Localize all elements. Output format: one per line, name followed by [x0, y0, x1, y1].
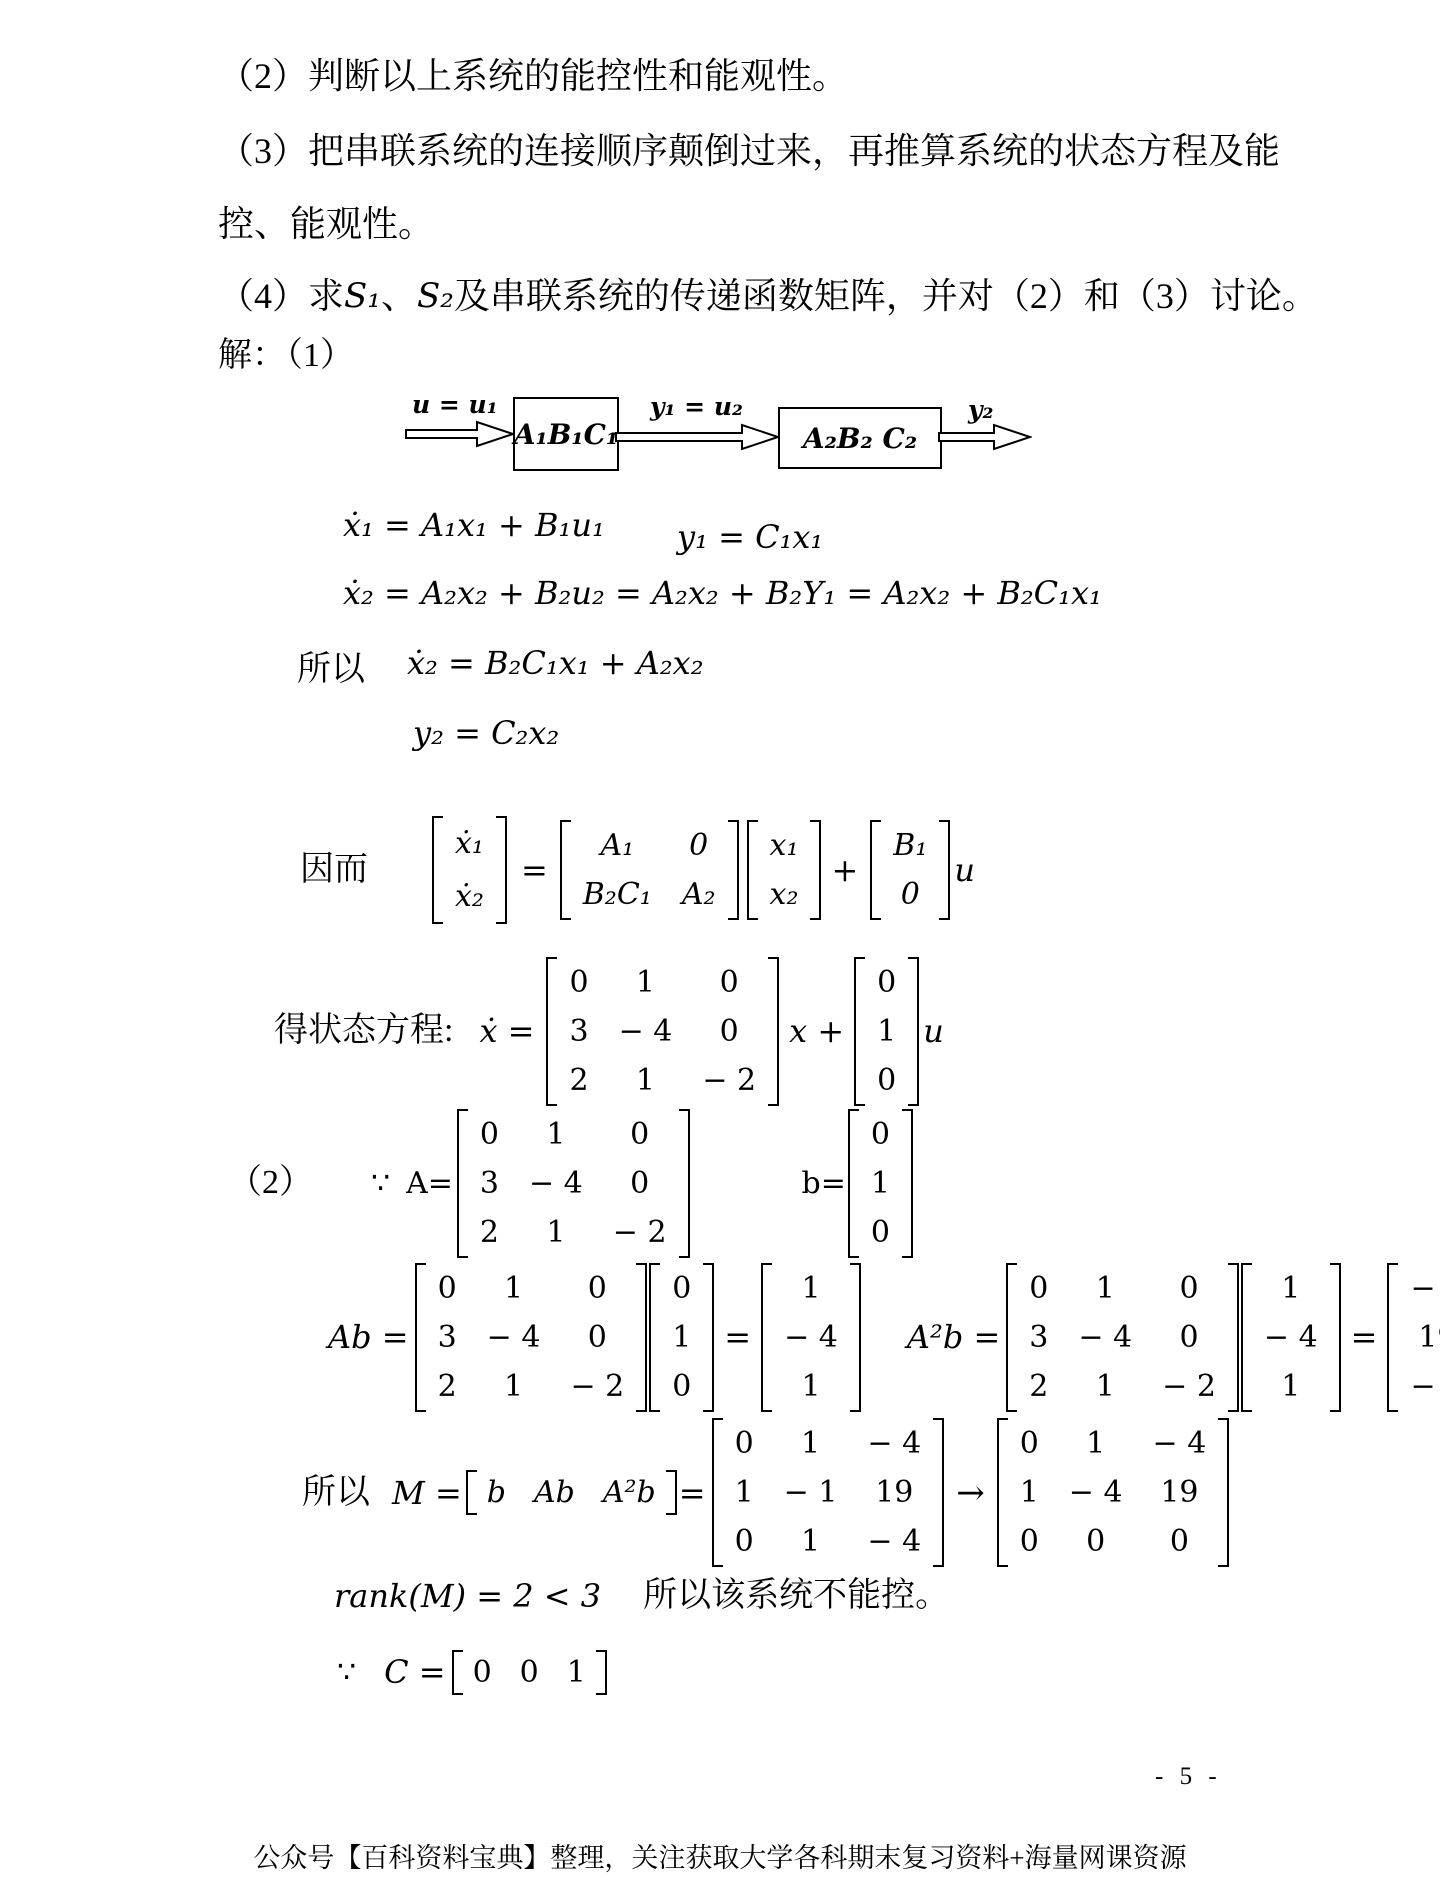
matrix-cell: 0 [520, 1655, 539, 1690]
matrix-cell: 1 [546, 1117, 565, 1152]
matrix-cell: 1 [504, 1271, 523, 1306]
bracket-right [933, 1418, 944, 1567]
bracket-left [649, 1263, 660, 1412]
matrix-cell: 0 [1170, 1524, 1189, 1559]
matrix-cell: − 4 [1078, 1320, 1132, 1355]
problem-item-4: （4）求 S₁ 、 S₂ 及串联系统的传递函数矩阵，并对（2）和（3）讨论。 [218, 276, 1318, 317]
matrix-cell: 1 [871, 1166, 890, 1201]
diagram-label-y1: y₁ = u₂ [650, 392, 743, 421]
matrix-cell: 1 [801, 1271, 820, 1306]
A-matrix: 0103− 4021− 2 [1006, 1263, 1239, 1412]
equals-sign: = [724, 1318, 751, 1356]
bracket-left [560, 820, 571, 920]
matrix-cell: 0 [720, 965, 739, 1000]
b-equals-label: b= [802, 1166, 846, 1201]
matrix-cell: 0 [1179, 1320, 1198, 1355]
system-matrix: A₁0B₂C₁A₂ [560, 820, 739, 920]
matrix-cells: B₁0 [881, 820, 939, 920]
matrix-cell: − 4 [867, 1426, 921, 1461]
system-block-2: A₂B₂ C₂ [778, 407, 942, 469]
matrix-cell: 1 [672, 1320, 691, 1355]
item-4-separator: 、 [381, 276, 417, 317]
equation-x2dot-simplified: ẋ₂ = B₂C₁x₁ + A₂x₂ [407, 644, 704, 682]
not-controllable-note: 所以该系统不能控。 [643, 1576, 949, 1615]
matrix-cell: 1 [1086, 1426, 1105, 1461]
item-4-suffix: 及串联系统的传递函数矩阵，并对（2）和（3）讨论。 [454, 276, 1318, 317]
flow-arrow-icon [405, 420, 515, 448]
controllability-matrix-row: 所以 M = bAbA²b = 01− 41− 11901− 4 → 01− 4… [302, 1415, 1229, 1570]
bracket-right [636, 1263, 647, 1412]
M-columns-matrix: bAbA²b [466, 1470, 677, 1515]
matrix-cells: 01− 41− 419000 [1008, 1418, 1219, 1567]
A-equals-label: A= [406, 1166, 453, 1201]
matrix-cells: A₁0B₂C₁A₂ [571, 820, 728, 920]
matrix-cell: 0 [871, 1215, 890, 1250]
matrix-cell: 1 [1281, 1369, 1300, 1404]
matrix-cell: b [487, 1475, 506, 1510]
bracket-left [466, 1470, 477, 1515]
Ab-equals: Ab = [328, 1318, 409, 1356]
matrix-cell: 1 [1020, 1475, 1039, 1510]
matrix-cells: 1− 41 [772, 1263, 850, 1412]
matrix-cell: − 2 [1162, 1369, 1216, 1404]
b-vector: 010 [649, 1263, 714, 1412]
matrix-cells: − 419− 4 [1398, 1263, 1440, 1412]
matrix-cell: 1 [1281, 1271, 1300, 1306]
b-vector: 010 [854, 957, 919, 1106]
C-equals: C = [384, 1653, 445, 1691]
matrix-cells: 0103− 4021− 2 [426, 1263, 637, 1412]
equation-y2: y₂ = C₂x₂ [413, 714, 559, 752]
matrix-cell: 0 [1086, 1524, 1105, 1559]
matrix-cell: 1 [877, 1014, 896, 1049]
symbol-s2: S₂ [417, 277, 454, 316]
matrix-cell: − 4 [867, 1524, 921, 1559]
b-vector: 010 [848, 1109, 913, 1258]
matrix-cell: 0 [630, 1117, 649, 1152]
bracket-right [908, 957, 919, 1106]
thus-label: 因而 [300, 850, 368, 889]
bracket-left [432, 816, 443, 924]
bracket-right [1218, 1418, 1229, 1567]
matrix-cell: 0 [720, 1014, 739, 1049]
matrix-cell: − 4 [784, 1320, 838, 1355]
matrix-cell: 0 [901, 877, 920, 912]
arrow-shape [939, 425, 1030, 449]
equals-sign: = [1351, 1318, 1378, 1356]
matrix-cell: − 4 [529, 1166, 583, 1201]
bracket-left [747, 820, 758, 920]
bracket-left [452, 1650, 463, 1695]
rank-equation: rank(M) = 2 < 3 [334, 1577, 601, 1615]
system-block-1: A₁B₁C₁ [513, 397, 619, 471]
matrix-cell: 0 [438, 1271, 457, 1306]
arrow-shape [616, 425, 778, 449]
input-symbol: u [954, 851, 975, 889]
bracket-right [1228, 1263, 1239, 1412]
matrix-cell: A₁ [600, 828, 634, 863]
matrix-cell: 1 [801, 1524, 820, 1559]
bracket-right [703, 1263, 714, 1412]
matrix-cells: 010 [865, 957, 908, 1106]
bracket-right [679, 1109, 690, 1258]
matrix-cell: 0 [480, 1117, 499, 1152]
matrix-cell: 2 [569, 1063, 588, 1098]
matrix-cell: 0 [1020, 1524, 1039, 1559]
A-matrix: 0103− 4021− 2 [546, 957, 779, 1106]
flow-arrow-icon [615, 423, 780, 451]
matrix-cell: 0 [735, 1426, 754, 1461]
matrix-cell: 1 [567, 1655, 586, 1690]
matrix-cell: − 4 [1410, 1369, 1440, 1404]
bracket-left [1387, 1263, 1398, 1412]
item-4-prefix: （4）求 [218, 276, 344, 317]
bracket-left [415, 1263, 426, 1412]
matrix-cell: − 2 [570, 1369, 624, 1404]
matrix-cells: bAbA²b [477, 1470, 666, 1515]
M-matrix: 01− 41− 11901− 4 [712, 1418, 945, 1567]
arrow-shape [406, 422, 513, 446]
equals-sign: = [679, 1474, 706, 1512]
footer-note: 公众号【百科资料宝典】整理，关注获取大学各科期末复习资料+海量网课资源 [0, 1836, 1440, 1875]
flow-arrow-icon [938, 423, 1032, 451]
therefore-label-2: 所以 [302, 1473, 370, 1512]
bracket-left [848, 1109, 859, 1258]
equation-x2dot: ẋ₂ = A₂x₂ + B₂u₂ = A₂x₂ + B₂Y₁ = A₂x₂ + … [343, 574, 1102, 612]
matrix-cells: 0103− 4021− 2 [468, 1109, 679, 1258]
matrix-cell: 0 [877, 1063, 896, 1098]
bracket-right [666, 1470, 677, 1515]
matrix-cell: 1 [1096, 1271, 1115, 1306]
bracket-right [850, 1263, 861, 1412]
plus-sign: + [831, 851, 858, 889]
equation-x1dot: ẋ₁ = A₁x₁ + B₁u₁ [343, 506, 605, 544]
matrix-cells: x₁x₂ [758, 820, 811, 920]
matrix-cell: − 4 [1153, 1426, 1207, 1461]
bracket-right [496, 816, 507, 924]
bracket-right [939, 820, 950, 920]
matrix-cell: x₁ [770, 828, 799, 863]
matrix-cell: 3 [480, 1166, 499, 1201]
C-matrix-row: ∵ C = 001 [337, 1645, 607, 1699]
matrix-cell: ẋ₂ [455, 879, 484, 914]
controllability-products-row: Ab = 0103− 4021− 2 010 = 1− 41 A²b = 010… [328, 1262, 1440, 1412]
matrix-cell: 1 [735, 1475, 754, 1510]
bracket-left [870, 820, 881, 920]
matrix-cells: ẋ₁ẋ₂ [443, 816, 496, 924]
matrix-cell: 0 [689, 828, 708, 863]
matrix-cell: 1 [801, 1426, 820, 1461]
matrix-cell: 0 [1179, 1271, 1198, 1306]
matrix-cell: 0 [877, 965, 896, 1000]
equals-sign: = [521, 851, 548, 889]
matrix-cells: 0103− 4021− 2 [1017, 1263, 1228, 1412]
problem-item-2: （2）判断以上系统的能控性和能观性。 [218, 56, 848, 97]
part2-definitions-row: （2） ∵ A= 0103− 4021− 2 b= 010 [228, 1108, 913, 1258]
matrix-cell: 3 [1029, 1320, 1048, 1355]
matrix-cell: 1 [636, 965, 655, 1000]
A-matrix: 0103− 4021− 2 [457, 1109, 690, 1258]
matrix-cell: 0 [871, 1117, 890, 1152]
matrix-cell: − 4 [1264, 1320, 1318, 1355]
C-row-matrix: 001 [452, 1650, 607, 1695]
matrix-cell: 1 [636, 1063, 655, 1098]
matrix-cell: 0 [1029, 1271, 1048, 1306]
matrix-cell: 0 [735, 1524, 754, 1559]
matrix-cell: 3 [569, 1014, 588, 1049]
problem-item-3-line1: （3）把串联系统的连接顺序颠倒过来，再推算系统的状态方程及能 [218, 131, 1280, 172]
matrix-cell: 0 [672, 1271, 691, 1306]
matrix-cell: 0 [473, 1655, 492, 1690]
matrix-cell: 3 [438, 1320, 457, 1355]
matrix-cell: 19 [1160, 1475, 1198, 1510]
rank-conclusion-row: rank(M) = 2 < 3 所以该系统不能控。 [334, 1576, 949, 1615]
because-sign: ∵ [371, 1166, 390, 1201]
bracket-left [761, 1263, 772, 1412]
matrix-cells: 010 [859, 1109, 902, 1258]
matrix-cell: − 4 [487, 1320, 541, 1355]
matrix-cells: 001 [463, 1650, 596, 1695]
document-page: （2）判断以上系统的能控性和能观性。 （3）把串联系统的连接顺序颠倒过来，再推算… [0, 0, 1440, 1899]
A2b-result-vector: − 419− 4 [1387, 1263, 1440, 1412]
matrix-cells: 010 [660, 1263, 703, 1412]
diagram-label-u: u = u₁ [412, 390, 498, 419]
matrix-cell: A₂ [682, 877, 716, 912]
matrix-cells: 01− 41− 11901− 4 [723, 1418, 934, 1567]
xdot-vector-matrix: ẋ₁ẋ₂ [432, 816, 507, 924]
matrix-cell: 1 [504, 1369, 523, 1404]
matrix-cell: 2 [480, 1215, 499, 1250]
matrix-cell: − 4 [1069, 1475, 1123, 1510]
matrix-cell: ẋ₁ [455, 826, 484, 861]
matrix-cell: 1 [801, 1369, 820, 1404]
page-number: - 5 - [1155, 1763, 1222, 1791]
because-sign: ∵ [337, 1655, 356, 1690]
bracket-left [1241, 1263, 1252, 1412]
state-equation-label: 得状态方程: [274, 1011, 453, 1050]
block-diagram: u = u₁ A₁B₁C₁ y₁ = u₂ A₂B₂ C₂ y₂ [405, 390, 1040, 482]
equation-y1: y₁ = C₁x₁ [677, 518, 823, 556]
input-symbol: u [923, 1012, 944, 1050]
matrix-cell: − 4 [619, 1014, 673, 1049]
bracket-left [546, 957, 557, 1106]
state-equation-row: 得状态方程: ẋ = 0103− 4021− 2 x + 010 u [274, 958, 944, 1104]
system-block-1-label: A₁B₁C₁ [514, 418, 618, 451]
matrix-cell: B₁ [893, 828, 927, 863]
x-plus: x + [789, 1012, 844, 1050]
bracket-right [810, 820, 821, 920]
matrix-cell: B₂C₁ [583, 877, 652, 912]
M-equals: M = [392, 1474, 462, 1512]
matrix-cell: − 2 [702, 1063, 756, 1098]
symbol-s1: S₁ [344, 277, 381, 316]
matrix-cell: − 1 [784, 1475, 838, 1510]
matrix-cell: 19 [875, 1475, 913, 1510]
diagram-label-y2: y₂ [968, 395, 993, 424]
A2b-equals: A²b = [907, 1318, 1000, 1356]
matrix-cell: 0 [588, 1320, 607, 1355]
matrix-cell: 0 [1020, 1426, 1039, 1461]
bracket-right [596, 1650, 607, 1695]
matrix-cells: 1− 41 [1252, 1263, 1330, 1412]
matrix-cell: 0 [569, 965, 588, 1000]
matrix-cell: − 4 [1410, 1271, 1440, 1306]
matrix-cell: 0 [630, 1166, 649, 1201]
combined-state-equation: 因而 ẋ₁ẋ₂ = A₁0B₂C₁A₂ x₁x₂ + B₁0 u [300, 800, 975, 940]
matrix-cell: 1 [1096, 1369, 1115, 1404]
Ab-result-vector: 1− 41 [761, 1263, 861, 1412]
matrix-cell: 0 [672, 1369, 691, 1404]
bracket-left [1006, 1263, 1017, 1412]
matrix-cell: 2 [1029, 1369, 1048, 1404]
bracket-right [902, 1109, 913, 1258]
system-block-2-label: A₂B₂ C₂ [803, 422, 917, 455]
matrix-cell: − 2 [613, 1215, 667, 1250]
bracket-left [712, 1418, 723, 1567]
matrix-cell: A²b [603, 1475, 656, 1510]
matrix-cell: 0 [588, 1271, 607, 1306]
bracket-right [768, 957, 779, 1106]
matrix-cell: 2 [438, 1369, 457, 1404]
matrix-cells: 0103− 4021− 2 [557, 957, 768, 1106]
problem-item-3-line2: 控、能观性。 [218, 204, 434, 245]
bracket-right [728, 820, 739, 920]
bracket-left [997, 1418, 1008, 1567]
part2-label: （2） [228, 1163, 313, 1202]
input-vector-matrix: B₁0 [870, 820, 950, 920]
state-vector-matrix: x₁x₂ [747, 820, 822, 920]
M-reduced-matrix: 01− 41− 419000 [997, 1418, 1230, 1567]
row-reduce-arrow: → [956, 1473, 985, 1513]
therefore-label-1: 所以 [297, 650, 365, 689]
bracket-right [1330, 1263, 1341, 1412]
bracket-left [854, 957, 865, 1106]
matrix-cell: Ab [534, 1475, 575, 1510]
Ab-result-vector: 1− 41 [1241, 1263, 1341, 1412]
matrix-cell: 19 [1418, 1320, 1440, 1355]
bracket-left [457, 1109, 468, 1258]
matrix-cell: x₂ [770, 877, 799, 912]
xdot-equals: ẋ = [479, 1012, 534, 1050]
matrix-cell: 1 [546, 1215, 565, 1250]
solution-label: 解：（1） [218, 336, 354, 375]
A-matrix: 0103− 4021− 2 [415, 1263, 648, 1412]
